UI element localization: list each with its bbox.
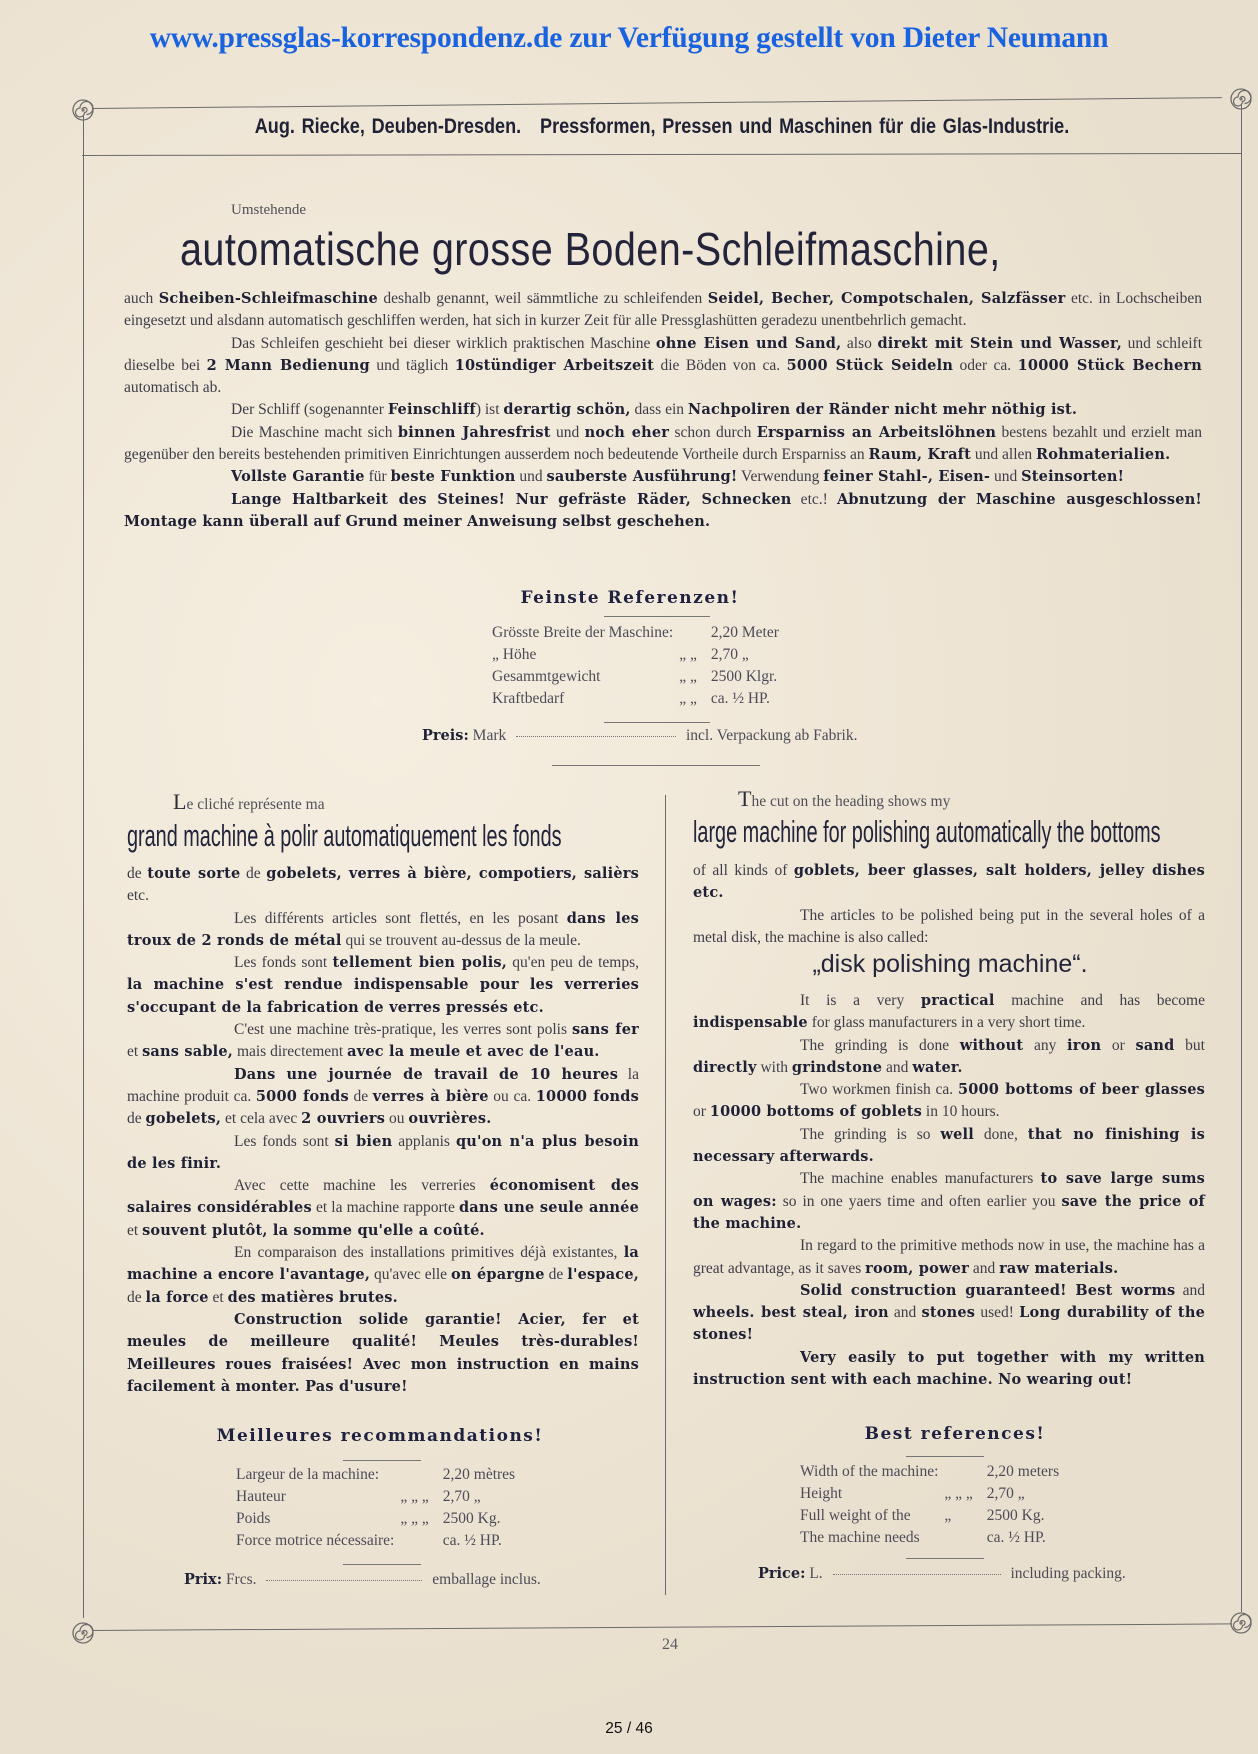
price-label: Price:	[758, 1565, 805, 1582]
german-references-heading: Feinste Referenzen!	[420, 588, 840, 608]
spec-label: Width of the machine:	[800, 1461, 944, 1483]
price-currency: Mark	[473, 727, 507, 744]
price-label: Preis:	[422, 727, 469, 744]
paragraph: The articles to be polished being put in…	[693, 905, 1205, 950]
german-spec-table: Grösste Breite der Maschine:2,20 Meter„ …	[492, 622, 785, 710]
spec-label: Force motrice nécessaire:	[236, 1530, 400, 1552]
paragraph: Solid construction guaranteed! Best worm…	[693, 1280, 1205, 1347]
spec-label: Hauteur	[236, 1486, 400, 1508]
german-pre-title: Umstehende	[231, 202, 306, 219]
company-tagline: Pressformen, Pressen und Maschinen für d…	[540, 115, 1069, 138]
spec-ditto	[400, 1530, 434, 1552]
spec-row: Force motrice nécessaire:ca. ½ HP.	[236, 1530, 521, 1552]
header-bottom-rule	[82, 153, 1242, 156]
paragraph: Les fonds sont si bien applanis qu'on n'…	[127, 1131, 639, 1176]
spec-row: Height„ „ „2,70 „	[800, 1483, 1065, 1505]
spec-label: The machine needs	[800, 1527, 944, 1549]
spec-val: ca. ½ HP.	[435, 1530, 521, 1552]
spec-row: Hauteur„ „ „2,70 „	[236, 1486, 521, 1508]
english-price-line: Price: L. including packing.	[758, 1565, 1126, 1583]
paragraph: It is a very practical machine and has b…	[693, 990, 1205, 1035]
spec-ditto	[400, 1464, 434, 1486]
english-body-b: It is a very practical machine and has b…	[693, 990, 1205, 1391]
paragraph: The grinding is so well done, that no fi…	[693, 1124, 1205, 1169]
divider	[906, 1558, 984, 1559]
spec-val: 2,70 „	[435, 1486, 521, 1508]
spec-label: Largeur de la machine:	[236, 1464, 400, 1486]
english-spec-table: Width of the machine:2,20 metersHeight„ …	[800, 1461, 1065, 1549]
spiral-ornament-icon	[70, 97, 96, 123]
paragraph: C'est une machine très-pratique, les ver…	[127, 1019, 639, 1064]
spec-val: ca. ½ HP.	[703, 688, 785, 710]
english-intro: The cut on the heading shows my	[738, 786, 950, 812]
spec-row: Width of the machine:2,20 meters	[800, 1461, 1065, 1483]
french-spec-table: Largeur de la machine:2,20 mètresHauteur…	[236, 1464, 521, 1552]
frame-top-rule	[92, 97, 1222, 109]
paragraph: Avec cette machine les verreries économi…	[127, 1175, 639, 1242]
spec-row: Full weight of the„2500 Kg.	[800, 1505, 1065, 1527]
price-blank	[833, 1574, 1001, 1575]
spec-val: 2,20 Meter	[703, 622, 785, 644]
english-disk-title: „disk polishing machine“.	[680, 950, 1220, 979]
spec-ditto: „ „	[679, 666, 703, 688]
spec-val: 2500 Kg.	[979, 1505, 1065, 1527]
divider	[604, 616, 710, 617]
french-references-heading: Meilleures recommandations!	[150, 1426, 610, 1446]
paragraph: de toute sorte de gobelets, verres à biè…	[127, 863, 639, 908]
paragraph: Die Maschine macht sich binnen Jahresfri…	[124, 422, 1202, 467]
paragraph: The grinding is done without any iron or…	[693, 1035, 1205, 1080]
spec-row: Largeur de la machine:2,20 mètres	[236, 1464, 521, 1486]
frame-bottom-rule	[92, 1623, 1232, 1631]
paragraph: Das Schleifen geschieht bei dieser wirkl…	[124, 333, 1202, 400]
spec-label: Kraftbedarf	[492, 688, 679, 710]
spec-row: Poids„ „ „2500 Kg.	[236, 1508, 521, 1530]
spec-val: 2,70 „	[979, 1483, 1065, 1505]
paragraph: Les fonds sont tellement bien polis, qu'…	[127, 952, 639, 1019]
paragraph: En comparaison des installations primiti…	[127, 1242, 639, 1309]
frame-left-rule	[83, 116, 84, 1618]
spec-ditto: „ „ „	[944, 1483, 978, 1505]
spec-row: Gesammtgewicht„ „2500 Klgr.	[492, 666, 785, 688]
spec-label: Full weight of the	[800, 1505, 944, 1527]
spec-row: Kraftbedarf„ „ca. ½ HP.	[492, 688, 785, 710]
company-name: Aug. Riecke, Deuben-Dresden.	[255, 115, 521, 138]
divider	[604, 722, 710, 723]
spec-ditto: „ „	[679, 688, 703, 710]
price-label: Prix:	[184, 1571, 222, 1588]
english-references-heading: Best references!	[730, 1424, 1180, 1444]
page-header: Aug. Riecke, Deuben-Dresden.Pressformen,…	[163, 115, 1161, 139]
english-title: large machine for polishing automaticall…	[693, 814, 1161, 850]
spec-row: „ Höhe„ „2,70 „	[492, 644, 785, 666]
spec-ditto	[944, 1527, 978, 1549]
paragraph: Construction solide garantie! Acier, fer…	[127, 1309, 639, 1398]
french-title: grand machine à polir automatiquement le…	[127, 818, 562, 854]
spec-val: 2,20 meters	[979, 1461, 1065, 1483]
price-currency: L.	[809, 1565, 822, 1582]
paragraph: Dans une journée de travail de 10 heures…	[127, 1064, 639, 1131]
german-body: auch Scheiben-Schleifmaschine deshalb ge…	[124, 288, 1202, 533]
divider	[906, 1456, 984, 1457]
spec-ditto	[944, 1461, 978, 1483]
paragraph: Very easily to put together with my writ…	[693, 1347, 1205, 1392]
price-suffix: emballage inclus.	[432, 1571, 540, 1588]
english-body-a: of all kinds of goblets, beer glasses, s…	[693, 860, 1205, 949]
spec-label: Grösste Breite der Maschine:	[492, 622, 679, 644]
pdf-page-indicator: 25 / 46	[0, 1720, 1258, 1738]
spec-ditto: „	[944, 1505, 978, 1527]
paragraph: Der Schliff (sogenannter Feinschliff) is…	[124, 399, 1202, 421]
paragraph: Les différents articles sont flettés, en…	[127, 908, 639, 953]
spec-ditto: „ „ „	[400, 1508, 434, 1530]
paragraph: In regard to the primitive methods now i…	[693, 1235, 1205, 1280]
paragraph: auch Scheiben-Schleifmaschine deshalb ge…	[124, 288, 1202, 333]
spec-ditto: „ „	[679, 644, 703, 666]
german-title: automatische grosse Boden-Schleifmaschin…	[180, 222, 1023, 276]
spec-ditto: „ „ „	[400, 1486, 434, 1508]
french-intro: Le cliché représente ma	[173, 789, 325, 815]
column-divider	[665, 795, 666, 1595]
spiral-ornament-icon	[1228, 1610, 1254, 1636]
spec-ditto	[679, 622, 703, 644]
paragraph: The machine enables manufacturers to sav…	[693, 1168, 1205, 1235]
printed-page-number: 24	[0, 1636, 1258, 1654]
spec-row: The machine needsca. ½ HP.	[800, 1527, 1065, 1549]
french-price-line: Prix: Frcs. emballage inclus.	[184, 1571, 541, 1589]
german-price-line: Preis: Mark incl. Verpackung ab Fabrik.	[422, 727, 857, 745]
paragraph: of all kinds of goblets, beer glasses, s…	[693, 860, 1205, 905]
price-blank	[516, 736, 676, 737]
french-body: de toute sorte de gobelets, verres à biè…	[127, 863, 639, 1398]
spec-val: 2,70 „	[703, 644, 785, 666]
price-blank	[266, 1580, 422, 1581]
divider	[343, 1460, 421, 1461]
spec-label: „ Höhe	[492, 644, 679, 666]
frame-right-rule	[1241, 104, 1242, 1612]
paragraph: Two workmen finish ca. 5000 bottoms of b…	[693, 1079, 1205, 1124]
spec-val: ca. ½ HP.	[979, 1527, 1065, 1549]
spiral-ornament-icon	[1228, 86, 1254, 112]
spec-label: Height	[800, 1483, 944, 1505]
price-currency: Frcs.	[226, 1571, 257, 1588]
spec-label: Poids	[236, 1508, 400, 1530]
paragraph: Lange Haltbarkeit des Steines! Nur gefrä…	[124, 489, 1202, 534]
spec-val: 2500 Kg.	[435, 1508, 521, 1530]
spec-val: 2,20 mètres	[435, 1464, 521, 1486]
spec-row: Grösste Breite der Maschine:2,20 Meter	[492, 622, 785, 644]
spec-label: Gesammtgewicht	[492, 666, 679, 688]
price-suffix: incl. Verpackung ab Fabrik.	[686, 727, 857, 744]
price-suffix: including packing.	[1010, 1565, 1125, 1582]
spec-val: 2500 Klgr.	[703, 666, 785, 688]
divider	[552, 765, 760, 766]
paragraph: Vollste Garantie für beste Funktion und …	[124, 466, 1202, 488]
watermark-link[interactable]: www.pressglas-korrespondenz.de zur Verfü…	[0, 22, 1258, 55]
divider	[343, 1564, 421, 1565]
